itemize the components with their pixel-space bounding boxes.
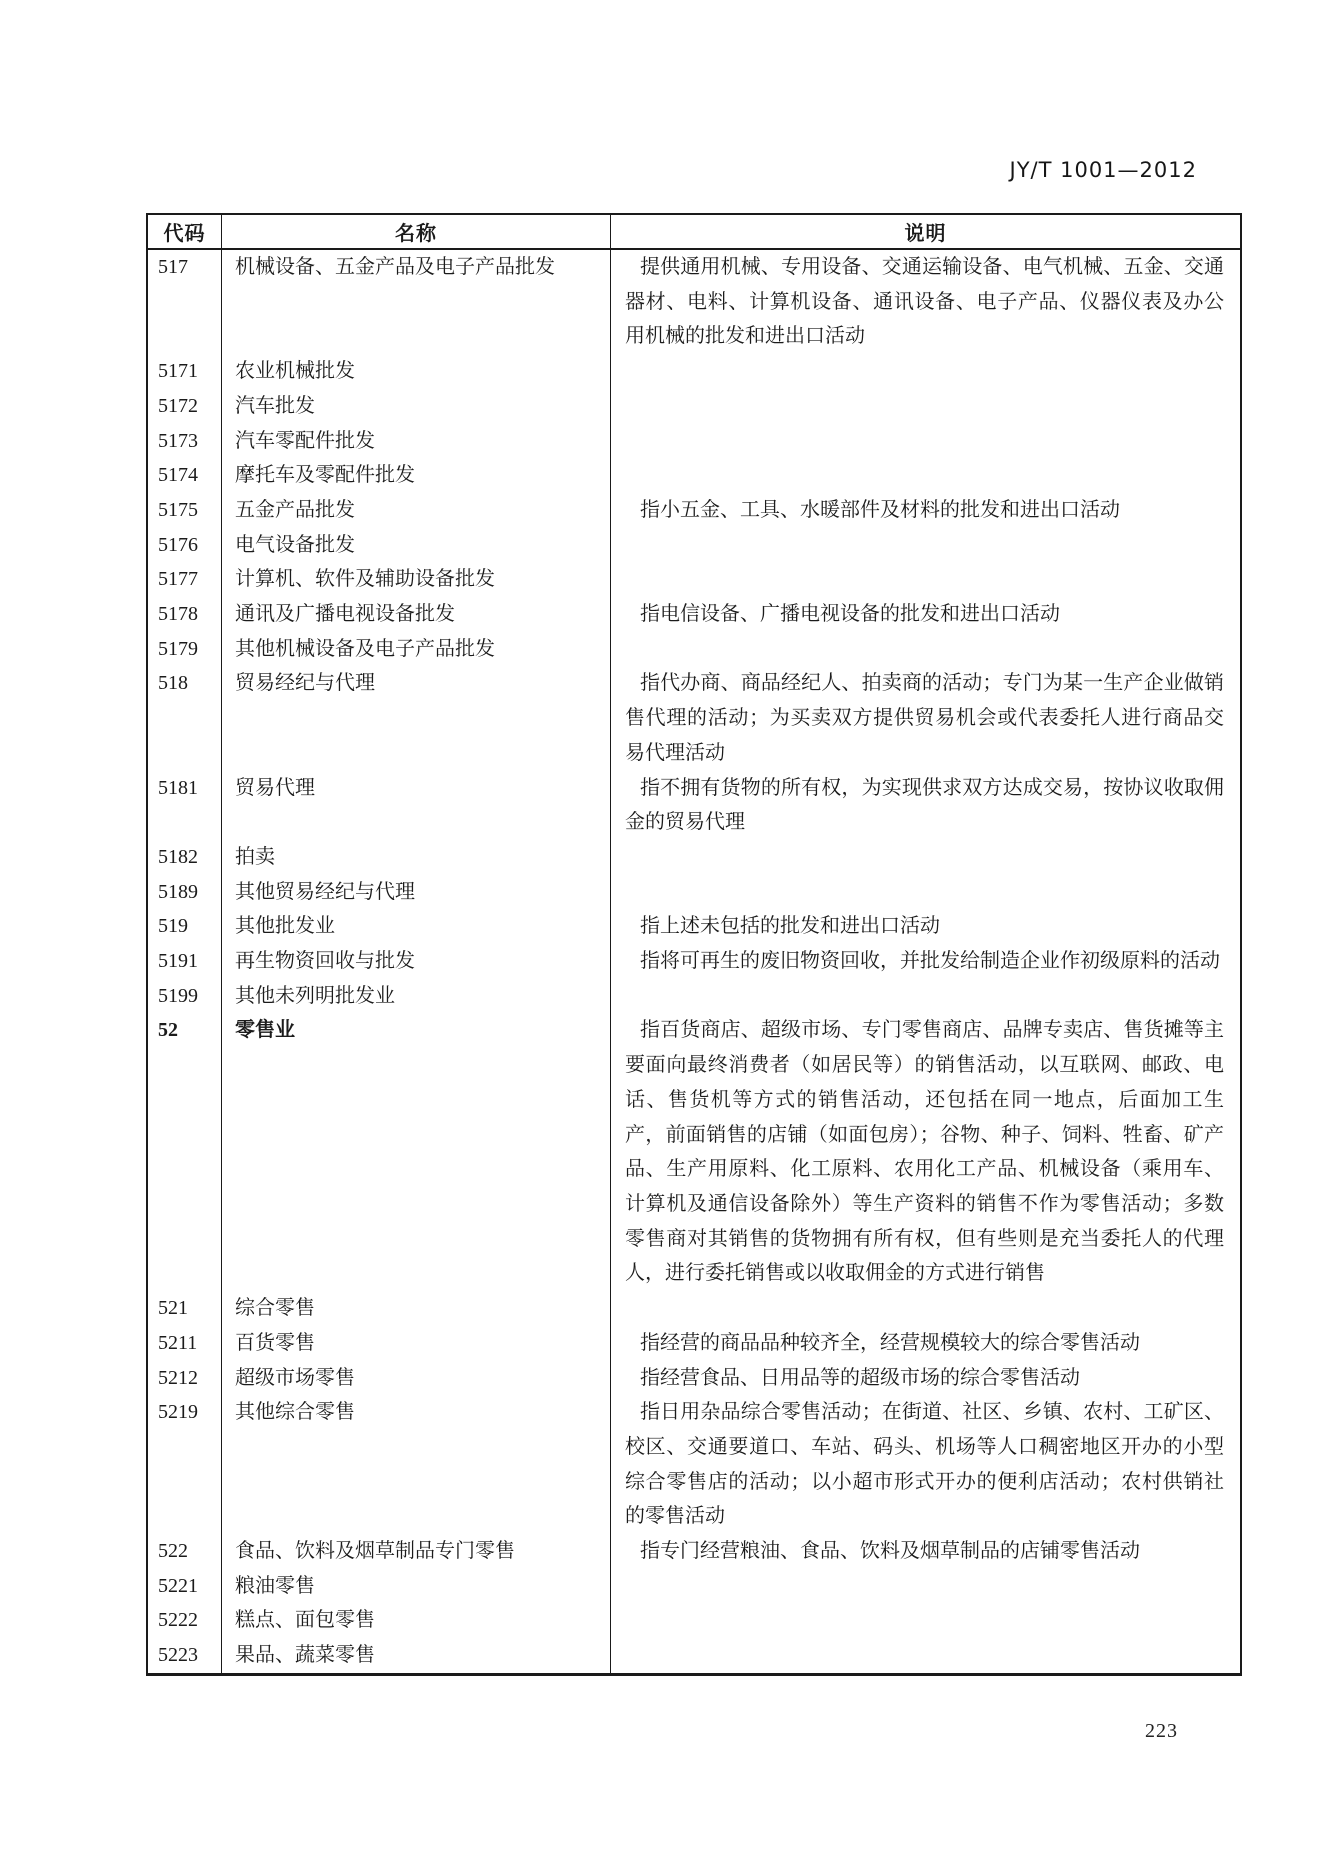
table-row: 5179 其他机械设备及电子产品批发: [148, 632, 1240, 667]
table-row: 5223 果品、蔬菜零售: [148, 1638, 1240, 1673]
row-description: 指代办商、商品经纪人、拍卖商的活动；专门为某一生产企业做销售代理的活动；为买卖双…: [611, 666, 1240, 770]
table-row: 5212 超级市场零售 指经营食品、日用品等的超级市场的综合零售活动: [148, 1361, 1240, 1396]
row-name: 百货零售: [221, 1326, 611, 1361]
table-row: 5181 贸易代理 指不拥有货物的所有权，为实现供求双方达成交易，按协议收取佣金…: [148, 771, 1240, 840]
row-description: 指小五金、工具、水暖部件及材料的批发和进出口活动: [611, 493, 1240, 528]
row-code: 5189: [148, 875, 221, 910]
row-code: 52: [148, 1013, 221, 1291]
row-code: 517: [148, 250, 221, 354]
row-name: 零售业: [221, 1013, 611, 1291]
row-description: 指电信设备、广播电视设备的批发和进出口活动: [611, 597, 1240, 632]
row-description: [611, 528, 1240, 563]
row-name: 汽车零配件批发: [221, 424, 611, 459]
row-code: 5177: [148, 562, 221, 597]
row-name: 机械设备、五金产品及电子产品批发: [221, 250, 611, 354]
table-row: 5177 计算机、软件及辅助设备批发: [148, 562, 1240, 597]
row-name: 贸易经纪与代理: [221, 666, 611, 770]
row-description: [611, 1291, 1240, 1326]
row-name: 其他综合零售: [221, 1395, 611, 1534]
table-row: 5172 汽车批发: [148, 389, 1240, 424]
row-code: 5182: [148, 840, 221, 875]
row-code: 5181: [148, 771, 221, 840]
row-code: 5199: [148, 979, 221, 1014]
row-code: 521: [148, 1291, 221, 1326]
row-code: 5173: [148, 424, 221, 459]
table-row: 5176 电气设备批发: [148, 528, 1240, 563]
table-row: 5174 摩托车及零配件批发: [148, 458, 1240, 493]
row-description: 指经营的商品品种较齐全，经营规模较大的综合零售活动: [611, 1326, 1240, 1361]
table-row: 5182 拍卖: [148, 840, 1240, 875]
row-code: 5172: [148, 389, 221, 424]
table-row: 5171 农业机械批发: [148, 354, 1240, 389]
row-description: [611, 979, 1240, 1014]
row-description: 指日用杂品综合零售活动；在街道、社区、乡镇、农村、工矿区、校区、交通要道口、车站…: [611, 1395, 1240, 1534]
row-code: 5221: [148, 1569, 221, 1604]
row-name: 再生物资回收与批发: [221, 944, 611, 979]
row-code: 518: [148, 666, 221, 770]
row-code: 5191: [148, 944, 221, 979]
row-name: 超级市场零售: [221, 1361, 611, 1396]
standard-number: JY/T 1001—2012: [1010, 158, 1198, 182]
row-name: 果品、蔬菜零售: [221, 1638, 611, 1673]
row-code: 5178: [148, 597, 221, 632]
table-row: 5189 其他贸易经纪与代理: [148, 875, 1240, 910]
table-row: 5219 其他综合零售 指日用杂品综合零售活动；在街道、社区、乡镇、农村、工矿区…: [148, 1395, 1240, 1534]
row-name: 贸易代理: [221, 771, 611, 840]
row-name: 五金产品批发: [221, 493, 611, 528]
table-row: 5173 汽车零配件批发: [148, 424, 1240, 459]
row-name: 农业机械批发: [221, 354, 611, 389]
row-description: [611, 632, 1240, 667]
row-description: [611, 1569, 1240, 1604]
table-row: 5199 其他未列明批发业: [148, 979, 1240, 1014]
row-code: 5223: [148, 1638, 221, 1673]
row-code: 5222: [148, 1603, 221, 1638]
row-name: 粮油零售: [221, 1569, 611, 1604]
table-body: 517 机械设备、五金产品及电子产品批发 提供通用机械、专用设备、交通运输设备、…: [148, 250, 1240, 1673]
row-description: 指上述未包括的批发和进出口活动: [611, 909, 1240, 944]
row-code: 5219: [148, 1395, 221, 1534]
page-number: 223: [1145, 1720, 1178, 1743]
row-description: [611, 875, 1240, 910]
row-description: [611, 424, 1240, 459]
table-row: 5221 粮油零售: [148, 1569, 1240, 1604]
row-name: 拍卖: [221, 840, 611, 875]
row-description: [611, 562, 1240, 597]
table-row: 5191 再生物资回收与批发 指将可再生的废旧物资回收，并批发给制造企业作初级原…: [148, 944, 1240, 979]
row-description: 指经营食品、日用品等的超级市场的综合零售活动: [611, 1361, 1240, 1396]
row-name: 摩托车及零配件批发: [221, 458, 611, 493]
table-row: 519 其他批发业 指上述未包括的批发和进出口活动: [148, 909, 1240, 944]
table-row: 517 机械设备、五金产品及电子产品批发 提供通用机械、专用设备、交通运输设备、…: [148, 250, 1240, 354]
table-header-row: 代码 名称 说明: [148, 215, 1240, 250]
row-name: 糕点、面包零售: [221, 1603, 611, 1638]
row-description: 指专门经营粮油、食品、饮料及烟草制品的店铺零售活动: [611, 1534, 1240, 1569]
row-description: [611, 389, 1240, 424]
row-description: 指百货商店、超级市场、专门零售商店、品牌专卖店、售货摊等主要面向最终消费者（如居…: [611, 1013, 1240, 1291]
table-row: 5178 通讯及广播电视设备批发 指电信设备、广播电视设备的批发和进出口活动: [148, 597, 1240, 632]
table-row: 522 食品、饮料及烟草制品专门零售 指专门经营粮油、食品、饮料及烟草制品的店铺…: [148, 1534, 1240, 1569]
row-description: [611, 1638, 1240, 1673]
row-name: 计算机、软件及辅助设备批发: [221, 562, 611, 597]
row-name: 综合零售: [221, 1291, 611, 1326]
row-name: 其他未列明批发业: [221, 979, 611, 1014]
row-code: 519: [148, 909, 221, 944]
row-name: 食品、饮料及烟草制品专门零售: [221, 1534, 611, 1569]
table-row: 52 零售业 指百货商店、超级市场、专门零售商店、品牌专卖店、售货摊等主要面向最…: [148, 1013, 1240, 1291]
row-code: 522: [148, 1534, 221, 1569]
row-code: 5179: [148, 632, 221, 667]
row-description: [611, 354, 1240, 389]
row-code: 5212: [148, 1361, 221, 1396]
table-row: 518 贸易经纪与代理 指代办商、商品经纪人、拍卖商的活动；专门为某一生产企业做…: [148, 666, 1240, 770]
row-name: 通讯及广播电视设备批发: [221, 597, 611, 632]
row-description: 指不拥有货物的所有权，为实现供求双方达成交易，按协议收取佣金的贸易代理: [611, 771, 1240, 840]
row-code: 5175: [148, 493, 221, 528]
row-name: 汽车批发: [221, 389, 611, 424]
row-name: 其他贸易经纪与代理: [221, 875, 611, 910]
row-description: 指将可再生的废旧物资回收，并批发给制造企业作初级原料的活动: [611, 944, 1240, 979]
row-code: 5176: [148, 528, 221, 563]
column-header-description: 说明: [611, 215, 1240, 248]
row-code: 5171: [148, 354, 221, 389]
row-code: 5174: [148, 458, 221, 493]
row-description: 提供通用机械、专用设备、交通运输设备、电气机械、五金、交通器材、电料、计算机设备…: [611, 250, 1240, 354]
table-row: 521 综合零售: [148, 1291, 1240, 1326]
classification-table: 代码 名称 说明 517 机械设备、五金产品及电子产品批发 提供通用机械、专用设…: [146, 213, 1242, 1676]
table-row: 5175 五金产品批发 指小五金、工具、水暖部件及材料的批发和进出口活动: [148, 493, 1240, 528]
table-row: 5222 糕点、面包零售: [148, 1603, 1240, 1638]
row-code: 5211: [148, 1326, 221, 1361]
row-name: 电气设备批发: [221, 528, 611, 563]
row-name: 其他批发业: [221, 909, 611, 944]
table-row: 5211 百货零售 指经营的商品品种较齐全，经营规模较大的综合零售活动: [148, 1326, 1240, 1361]
row-name: 其他机械设备及电子产品批发: [221, 632, 611, 667]
row-description: [611, 840, 1240, 875]
row-description: [611, 1603, 1240, 1638]
column-header-code: 代码: [148, 215, 221, 248]
column-header-name: 名称: [221, 215, 611, 248]
row-description: [611, 458, 1240, 493]
